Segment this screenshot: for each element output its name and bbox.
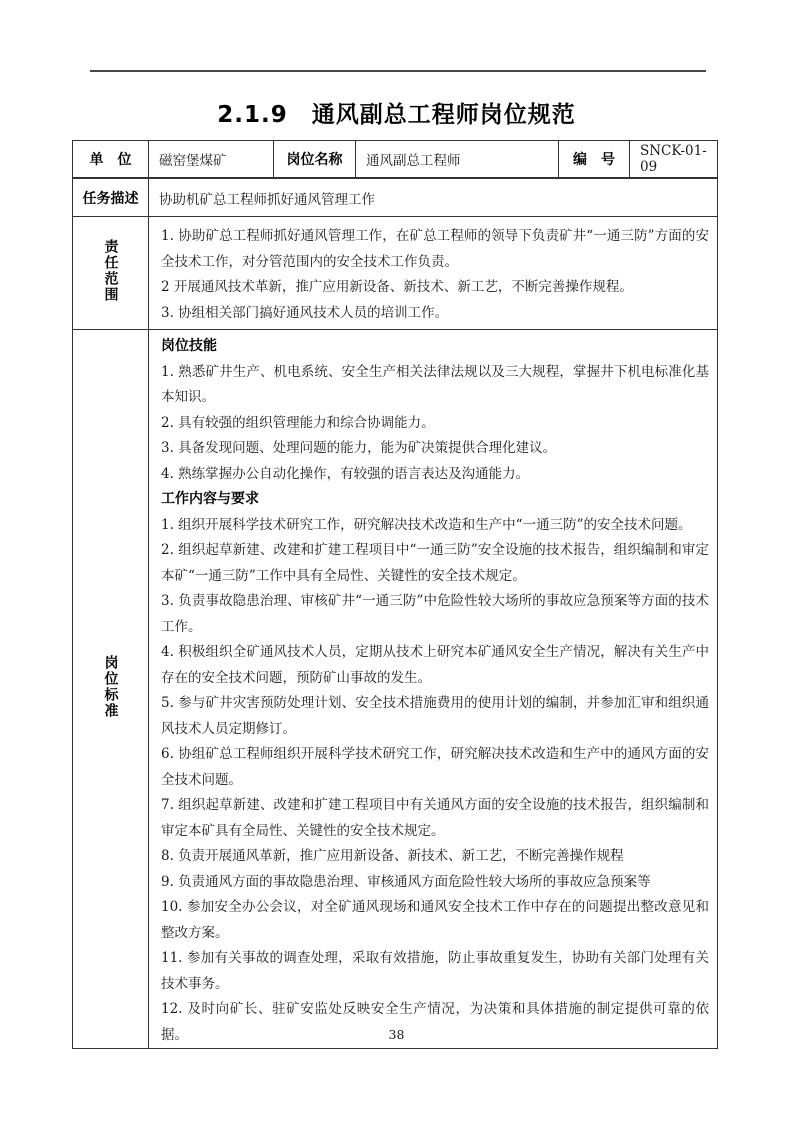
list-item: 3. 具备发现问题、处理问题的能力，能为矿决策提供合理化建议。 [161, 436, 709, 462]
list-item: 1. 熟悉矿井生产、机电系统、安全生产相关法律法规以及三大规程，掌握井下机电标准… [161, 360, 709, 411]
standard-vertical-label: 岗位标准 [101, 655, 121, 719]
skills-section-header: 岗位技能 [161, 334, 709, 360]
position-value-cell: 通风副总工程师 [356, 141, 559, 179]
list-item: 11. 参加有关事故的调查处理，采取有效措施，防止事故重复发生，协助有关部门处理… [161, 946, 709, 997]
task-label-cell: 任务描述 [73, 178, 149, 217]
standard-content-cell: 岗位技能 1. 熟悉矿井生产、机电系统、安全生产相关法律法规以及三大规程，掌握井… [149, 330, 718, 1049]
page-number: 38 [0, 1027, 793, 1042]
list-item: 10. 参加安全办公会议，对全矿通风现场和通风安全技术工作中存在的问题提出整改意… [161, 895, 709, 946]
table-row: 岗位标准 岗位技能 1. 熟悉矿井生产、机电系统、安全生产相关法律法规以及三大规… [73, 330, 718, 1049]
page-title: 2.1.9 通风副总工程师岗位规范 [0, 96, 793, 129]
responsibility-vertical-label: 责任范围 [101, 239, 121, 303]
code-value-cell: SNCK-01-09 [630, 141, 718, 179]
list-item: 1. 协助矿总工程师抓好通风管理工作，在矿总工程师的领导下负责矿井“一通三防”方… [161, 224, 709, 275]
list-item: 2. 组织起草新建、改建和扩建工程项目中“一通三防”安全设施的技术报告，组织编制… [161, 538, 709, 589]
list-item: 9. 负责通风方面的事故隐患治理、审核通风方面危险性较大场所的事故应急预案等 [161, 870, 709, 896]
page-header-rule [90, 70, 706, 72]
standard-label-cell: 岗位标准 [73, 330, 149, 1049]
list-item: 3. 协组相关部门搞好通风技术人员的培训工作。 [161, 301, 709, 327]
table-row: 任务描述 协助机矿总工程师抓好通风管理工作 [73, 178, 718, 217]
position-label-cell: 岗位名称 [274, 141, 356, 179]
list-item: 1. 组织开展科学技术研究工作，研究解决技术改造和生产中“一通三防”的安全技术问… [161, 513, 709, 539]
responsibility-label-cell: 责任范围 [73, 217, 149, 330]
list-item: 2 开展通风技术革新，推广应用新设备、新技术、新工艺，不断完善操作规程。 [161, 275, 709, 301]
list-item: 2. 具有较强的组织管理能力和综合协调能力。 [161, 411, 709, 437]
list-item: 5. 参与矿井灾害预防处理计划、安全技术措施费用的使用计划的编制，并参加汇审和组… [161, 691, 709, 742]
list-item: 7. 组织起草新建、改建和扩建工程项目中有关通风方面的安全设施的技术报告，组织编… [161, 793, 709, 844]
responsibility-content-cell: 1. 协助矿总工程师抓好通风管理工作，在矿总工程师的领导下负责矿井“一通三防”方… [149, 217, 718, 330]
job-spec-table: 单 位 磁窑堡煤矿 岗位名称 通风副总工程师 编 号 SNCK-01-09 任务… [72, 140, 718, 1049]
unit-label-cell: 单 位 [73, 141, 149, 179]
table-row: 责任范围 1. 协助矿总工程师抓好通风管理工作，在矿总工程师的领导下负责矿井“一… [73, 217, 718, 330]
duties-section-header: 工作内容与要求 [161, 487, 709, 513]
list-item: 8. 负责开展通风革新，推广应用新设备、新技术、新工艺，不断完善操作规程 [161, 844, 709, 870]
list-item: 6. 协组矿总工程师组织开展科学技术研究工作，研究解决技术改造和生产中的通风方面… [161, 742, 709, 793]
document-page: 2.1.9 通风副总工程师岗位规范 单 位 磁窑堡煤矿 岗位名称 通风副总工程师… [0, 0, 793, 1122]
list-item: 4. 积极组织全矿通风技术人员，定期从技术上研究本矿通风安全生产情况，解决有关生… [161, 640, 709, 691]
code-label-cell: 编 号 [559, 141, 630, 179]
unit-value-cell: 磁窑堡煤矿 [149, 141, 274, 179]
list-item: 3. 负责事故隐患治理、审核矿井“一通三防”中危险性较大场所的事故应急预案等方面… [161, 589, 709, 640]
list-item: 4. 熟练掌握办公自动化操作，有较强的语言表达及沟通能力。 [161, 462, 709, 488]
table-row: 单 位 磁窑堡煤矿 岗位名称 通风副总工程师 编 号 SNCK-01-09 [73, 141, 718, 179]
task-value-cell: 协助机矿总工程师抓好通风管理工作 [149, 178, 718, 217]
